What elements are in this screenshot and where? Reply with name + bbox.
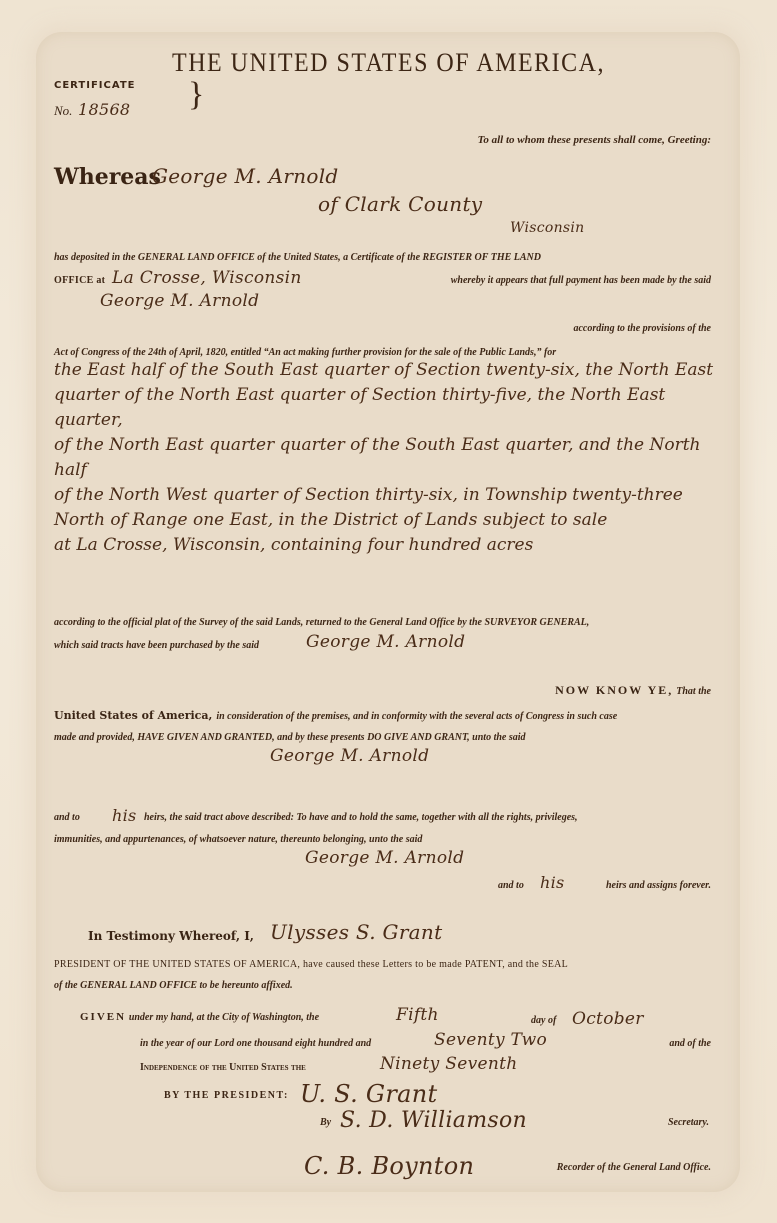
year-text: in the year of our Lord one thousand eig… <box>140 1038 371 1049</box>
usa-line: United States of America, in considerati… <box>54 706 617 724</box>
and-of-the: and of the <box>669 1038 711 1049</box>
deposited-line: has deposited in the GENERAL LAND OFFICE… <box>54 252 712 263</box>
greeting: To all to whom these presents shall come… <box>478 134 711 146</box>
independence-year: Ninety Seventh <box>380 1054 517 1074</box>
month-value: October <box>572 1009 644 1029</box>
survey-text: according to the official plat of the Su… <box>54 617 712 628</box>
provisions-text: according to the provisions of the <box>573 323 711 334</box>
given-text: under my hand, at the City of Washington… <box>129 1012 319 1023</box>
land-description-line: of the North West quarter of Section thi… <box>54 483 714 508</box>
and-to-label: and to <box>54 812 80 823</box>
payment-text: whereby it appears that full payment has… <box>451 275 711 286</box>
state: Wisconsin <box>510 220 584 236</box>
by-label: By <box>320 1117 331 1128</box>
certificate-number-label: No. <box>54 103 72 119</box>
land-description-line: the East half of the South East quarter … <box>54 358 714 383</box>
grantee-name-4: George M. Arnold <box>270 746 429 766</box>
grantee-name-3: George M. Arnold <box>306 632 465 652</box>
independence-text: Independence of the United States the <box>140 1062 306 1073</box>
day-value: Fifth <box>396 1005 439 1025</box>
document-title: THE UNITED STATES OF AMERICA, <box>0 48 777 78</box>
act-text: Act of Congress of the 24th of April, 18… <box>54 347 712 358</box>
assigns-text: heirs and assigns forever. <box>606 880 711 891</box>
land-description-line: of the North East quarter quarter of the… <box>54 433 714 483</box>
document-background: THE UNITED STATES OF AMERICA, CERTIFICAT… <box>0 0 777 1223</box>
testimony-label: In Testimony Whereof, I, <box>88 929 254 943</box>
purchased-text: which said tracts have been purchased by… <box>54 640 259 651</box>
land-description-line: North of Range one East, in the District… <box>54 508 714 533</box>
granted-text: made and provided, HAVE GIVEN AND GRANTE… <box>54 732 712 743</box>
his-1: his <box>112 806 137 825</box>
now-know-ye: NOW KNOW YE, That the <box>555 683 711 698</box>
president-name-signature: Ulysses S. Grant <box>270 920 442 944</box>
margin-pencil-note <box>6 1080 20 1180</box>
day-of-label: day of <box>531 1015 556 1026</box>
recorder-label: Recorder of the General Land Office. <box>557 1162 711 1173</box>
and-to-label-2: and to <box>498 880 524 891</box>
office-location: La Crosse, Wisconsin <box>112 268 302 288</box>
certificate-label: CERTIFICATE <box>54 80 135 91</box>
year-value: Seventy Two <box>434 1030 547 1050</box>
county: of Clark County <box>318 192 482 216</box>
grantee-name-2: George M. Arnold <box>100 291 259 311</box>
seal-text: of the GENERAL LAND OFFICE to be hereunt… <box>54 980 293 991</box>
certificate-number: 18568 <box>78 100 130 119</box>
grantee-name-5: George M. Arnold <box>305 848 464 868</box>
heirs-text: heirs, the said tract above described: T… <box>144 812 578 823</box>
usa-blackletter: United States of America, <box>54 709 212 722</box>
president-signature: U. S. Grant <box>300 1080 437 1108</box>
immunities-text: immunities, and appurtenances, of whatso… <box>54 834 422 845</box>
land-description-line: at La Crosse, Wisconsin, containing four… <box>54 533 714 558</box>
president-text: PRESIDENT OF THE UNITED STATES OF AMERIC… <box>54 959 712 970</box>
land-description-line: quarter of the North East quarter of Sec… <box>54 383 714 433</box>
whereas-label: Whereas <box>54 164 161 190</box>
office-at-label: OFFICE at <box>54 275 105 286</box>
secretary-signature: S. D. Williamson <box>340 1108 527 1133</box>
land-description: the East half of the South East quarter … <box>54 358 714 558</box>
now-know-ye-label: NOW KNOW YE, <box>555 683 673 697</box>
secretary-label: Secretary. <box>668 1117 709 1128</box>
brace-icon: } <box>188 78 204 112</box>
recorder-signature: C. B. Boynton <box>304 1152 474 1180</box>
that-the: That the <box>676 686 711 697</box>
his-2: his <box>540 873 565 892</box>
given-line: GIVEN under my hand, at the City of Wash… <box>80 1011 319 1023</box>
president-text-content: PRESIDENT OF THE UNITED STATES OF AMERIC… <box>54 959 568 970</box>
consideration-text: in consideration of the premises, and in… <box>216 711 617 722</box>
by-the-president-label: BY THE PRESIDENT: <box>164 1090 289 1101</box>
grantee-name: George M. Arnold <box>152 164 339 188</box>
given-label: GIVEN <box>80 1011 126 1023</box>
